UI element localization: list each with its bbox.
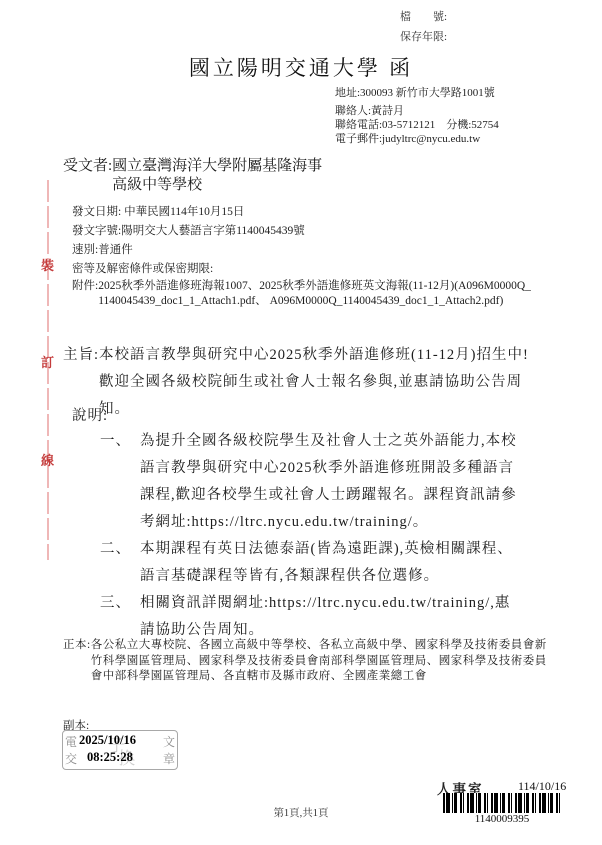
stamp-time: 08:25:28	[87, 750, 133, 765]
stamp-corner-char: 章	[163, 750, 175, 767]
item-number: 三、	[100, 590, 140, 644]
item-text: 相關資訊詳閱網址:https://ltrc.nycu.edu.tw/traini…	[140, 590, 525, 644]
stamp-date: 2025/10/16	[79, 733, 136, 748]
recipient-name: 國立臺灣海洋大學附屬基隆海事 高級中等學校	[112, 157, 322, 195]
explanation-item-3: 三、 相關資訊詳閱網址:https://ltrc.nycu.edu.tw/tra…	[100, 590, 525, 644]
contact-person: 聯絡人:黃詩月	[335, 104, 499, 118]
explanation-item-1: 一、 為提升全國各級校院學生及社會人士之英外語能力,本校語言教學與研究中心202…	[100, 428, 525, 536]
secrecy-class: 密等及解密條件或保密期限:	[72, 260, 305, 279]
explanation-label: 說明:	[72, 404, 108, 425]
file-number-label: 檔 號:	[400, 8, 447, 24]
speed-class: 速別:普通件	[72, 241, 305, 260]
official-letter-page: 檔 號: 保存年限: 國立陽明交通大學 函 地址:300093 新竹市大學路10…	[0, 0, 602, 845]
contact-phone: 聯絡電話:03-5712121 分機:52754	[335, 118, 499, 132]
attachment-value: 2025秋季外語進修班海報1007、2025秋季外語進修班英文海報(11-12月…	[98, 279, 535, 309]
recipient-name-line2: 高級中等學校	[112, 176, 322, 195]
contact-email: 電子郵件:judyltrc@nycu.edu.tw	[335, 132, 499, 146]
contact-block: 地址:300093 新竹市大學路1001號 聯絡人:黃詩月 聯絡電話:03-57…	[335, 86, 499, 146]
recipient-name-line1: 國立臺灣海洋大學附屬基隆海事	[112, 157, 322, 176]
recipient-label: 受文者:	[63, 157, 112, 195]
attachment-label: 附件:	[72, 279, 98, 309]
attachment-row: 附件: 2025秋季外語進修班海報1007、2025秋季外語進修班英文海報(11…	[72, 279, 542, 309]
item-number: 一、	[100, 428, 140, 536]
binding-char-zhuang: 裝	[41, 255, 54, 274]
barcode-number: 1140009395	[443, 813, 561, 825]
document-title: 國立陽明交通大學 函	[0, 52, 602, 82]
stamp-corner-char: 文	[163, 733, 175, 750]
subject-text: 本校語言教學與研究中心2025秋季外語進修班(11-12月)招生中!歡迎全國各級…	[99, 342, 541, 423]
explanation-list: 一、 為提升全國各級校院學生及社會人士之英外語能力,本校語言教學與研究中心202…	[100, 428, 525, 644]
meta-block: 發文日期: 中華民國114年10月15日 發文字號:陽明交大人藝語言字第1140…	[72, 203, 305, 279]
barcode	[443, 793, 561, 813]
subject-row: 主旨: 本校語言教學與研究中心2025秋季外語進修班(11-12月)招生中!歡迎…	[63, 342, 541, 423]
original-copy-row: 正本: 各公私立大專校院、各國立高級中等學校、各私立高級中學、國家科學及技術委員…	[63, 638, 556, 685]
stamp-corner-char: 交	[65, 750, 77, 767]
issue-date: 發文日期: 中華民國114年10月15日	[72, 203, 305, 222]
item-text: 為提升全國各級校院學生及社會人士之英外語能力,本校語言教學與研究中心2025秋季…	[140, 428, 525, 536]
recipient-block: 受文者: 國立臺灣海洋大學附屬基隆海事 高級中等學校	[63, 157, 322, 195]
original-copy-label: 正本:	[63, 638, 91, 685]
original-copy-list: 各公私立大專校院、各國立高級中等學校、各私立高級中學、國家科學及技術委員會新竹科…	[91, 638, 556, 685]
binding-char-xian: 線	[41, 450, 54, 469]
electronic-exchange-stamp: 電 文 交 章 子 換 2025/10/16 08:25:28	[62, 730, 178, 770]
item-number: 二、	[100, 536, 140, 590]
received-date: 114/10/16	[518, 779, 566, 794]
stamp-corner-char: 電	[65, 733, 77, 750]
contact-address: 地址:300093 新竹市大學路1001號	[335, 86, 499, 100]
explanation-item-2: 二、 本期課程有英日法德泰語(皆為遠距課),英檢相關課程、語言基礎課程等皆有,各…	[100, 536, 525, 590]
item-text: 本期課程有英日法德泰語(皆為遠距課),英檢相關課程、語言基礎課程等皆有,各類課程…	[140, 536, 525, 590]
issue-number: 發文字號:陽明交大人藝語言字第1140045439號	[72, 222, 305, 241]
binding-char-ding: 訂	[41, 352, 54, 371]
retention-period-label: 保存年限:	[400, 28, 447, 44]
